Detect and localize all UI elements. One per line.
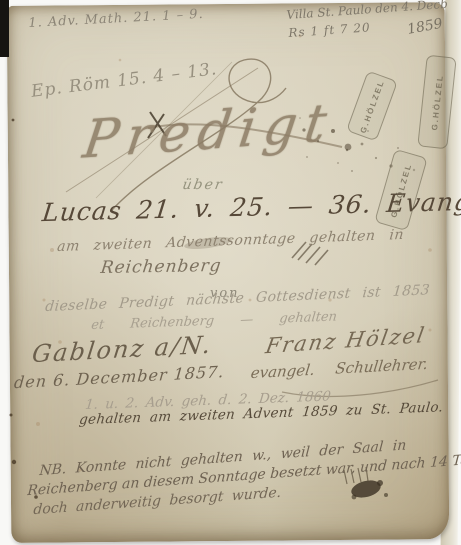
stamp-label: G.HÖLZEL [430,73,445,130]
title-ueber: über [181,177,225,193]
stamp-label: G.HÖLZEL [389,162,413,219]
scanner-edge-artifact [0,0,9,57]
scanned-manuscript-page: 1. Adv. Math. 21. 1 – 9. Villa St. Paulo… [0,0,461,545]
stamp-label: G.HÖLZEL [358,78,386,134]
occasion-place: Reichenberg [100,256,223,278]
